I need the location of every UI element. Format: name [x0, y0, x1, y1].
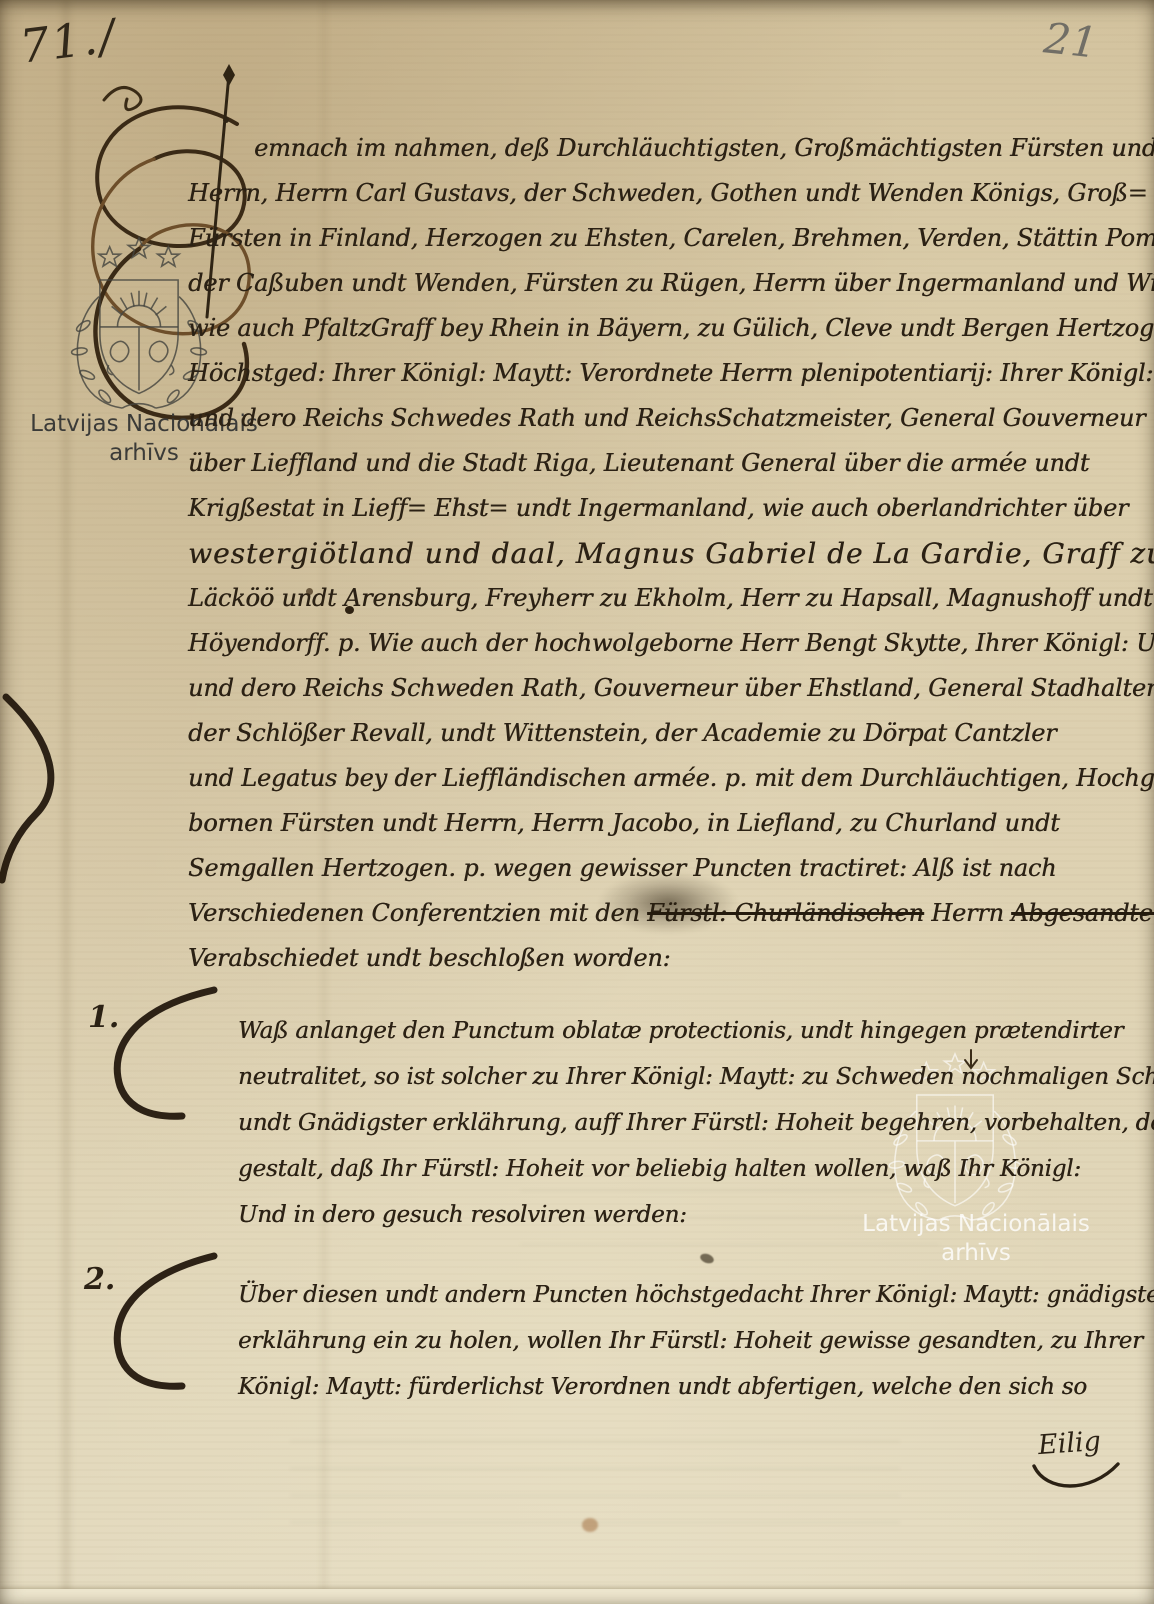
manuscript-line: Verabschiedet undt beschloßen worden: [188, 936, 1123, 981]
archive-name-line2: arhīvs [860, 1239, 1092, 1268]
manuscript-line: Waß anlanget den Punctum oblatæ protecti… [238, 1008, 1128, 1054]
pencil-page-number: 21 [1042, 13, 1100, 67]
margin-bracket-flourish [0, 692, 78, 884]
scan-edge-strip [0, 1589, 1154, 1604]
line-segment: Verschiedenen Conferentzien mit den [188, 899, 647, 927]
manuscript-line: Semgallen Hertzogen. p. wegen gewisser P… [188, 846, 1123, 891]
manuscript-line: Herrn, Herrn Carl Gustavs, der Schweden,… [188, 171, 1123, 216]
manuscript-line: über Lieffland und die Stadt Riga, Lieut… [188, 441, 1123, 486]
manuscript-line: Krigßestat in Lieff= Ehst= undt Ingerman… [188, 486, 1123, 531]
struck-text: Abgesandten [1011, 899, 1154, 927]
section-number: 1. [88, 1000, 119, 1035]
manuscript-line: Höchstged: Ihrer Königl: Maytt: Verordne… [188, 351, 1123, 396]
manuscript-line: Höyendorff. p. Wie auch der hochwolgebor… [188, 621, 1123, 666]
manuscript-line: der Caßuben undt Wenden, Fürsten zu Rüge… [188, 261, 1123, 306]
manuscript-line: emnach im nahmen, deß Durchläuchtigsten,… [188, 126, 1123, 171]
manuscript-line: Über diesen undt andern Puncten höchstge… [238, 1272, 1128, 1318]
manuscript-line: und Legatus bey der Lieffländischen armé… [188, 756, 1123, 801]
manuscript-line-names: westergiötland und daal, Magnus Gabriel … [188, 531, 1123, 576]
paper-fold-line [58, 0, 74, 1604]
manuscript-line: Läcköö undt Arensburg, Freyherr zu Ekhol… [188, 576, 1123, 621]
manuscript-page: 71./ 21 Latvijas Nacionālais arhīvs Latv… [0, 0, 1154, 1604]
manuscript-line: wie auch PfaltzGraff bey Rhein in Bäyern… [188, 306, 1123, 351]
ink-bleedthrough [290, 1428, 900, 1524]
manuscript-line: neutralitet, so ist solcher zu Ihrer Kön… [238, 1054, 1128, 1100]
manuscript-line: Und in dero gesuch resolviren werden: [238, 1192, 1128, 1238]
catchword: Eilig [1037, 1426, 1102, 1461]
manuscript-line: undt Gnädigster erklährung, auff Ihrer F… [238, 1100, 1128, 1146]
manuscript-line: der Schlößer Revall, undt Wittenstein, d… [188, 711, 1123, 756]
manuscript-line: gestalt, daß Ihr Fürstl: Hoheit vor beli… [238, 1146, 1128, 1192]
line-segment: Herrn [924, 899, 1011, 927]
manuscript-line: und dero Reichs Schwedes Rath und Reichs… [188, 396, 1123, 441]
paper-stain [582, 1518, 598, 1532]
folio-number: 71./ [17, 8, 120, 73]
intro-paragraph: emnach im nahmen, deß Durchläuchtigsten,… [188, 126, 1123, 981]
section-1-paragraph: Waß anlanget den Punctum oblatæ protecti… [238, 1008, 1128, 1238]
catchword-swash [1028, 1458, 1124, 1498]
manuscript-line: Fürsten in Finland, Herzogen zu Ehsten, … [188, 216, 1123, 261]
manuscript-line: und dero Reichs Schweden Rath, Gouverneu… [188, 666, 1123, 711]
ink-speck [699, 1252, 715, 1265]
manuscript-line-with-corrections: Verschiedenen Conferentzien mit den Fürs… [188, 891, 1123, 936]
struck-text: Fürstl: Churländischen [647, 899, 924, 927]
manuscript-line: Königl: Maytt: fürderlichst Verordnen un… [238, 1364, 1128, 1410]
section-number: 2. [84, 1262, 115, 1297]
manuscript-line: bornen Fürsten undt Herrn, Herrn Jacobo,… [188, 801, 1123, 846]
manuscript-line: erklährung ein zu holen, wollen Ihr Fürs… [238, 1318, 1128, 1364]
section-2-paragraph: Über diesen undt andern Puncten höchstge… [238, 1272, 1128, 1410]
